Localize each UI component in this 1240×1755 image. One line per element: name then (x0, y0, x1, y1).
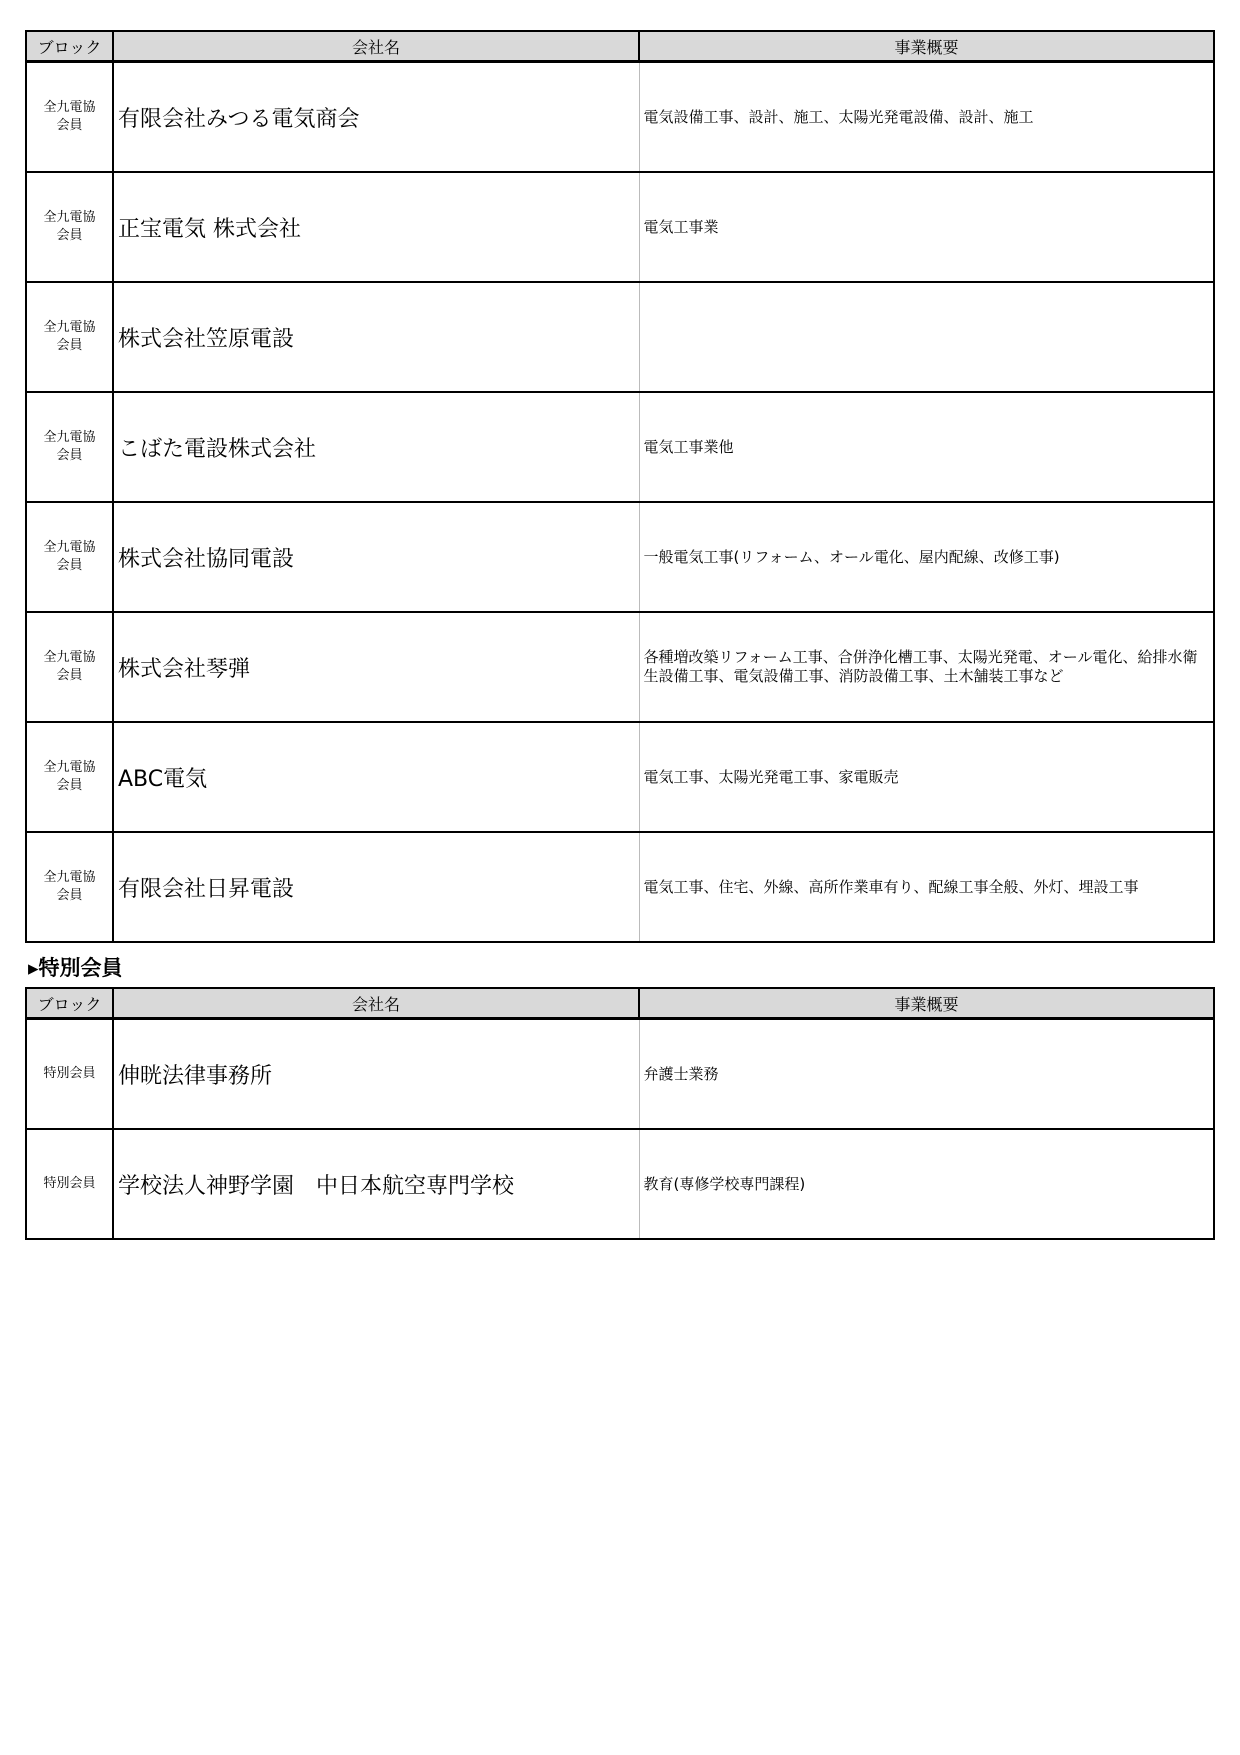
header-company: 会社名 (113, 988, 639, 1019)
company-name-cell: 学校法人神野学園 中日本航空専門学校 (113, 1129, 639, 1239)
table-row: 全九電協会員株式会社協同電設一般電気工事(リフォーム、オール電化、屋内配線、改修… (26, 502, 1214, 612)
company-name-cell: 株式会社協同電設 (113, 502, 639, 612)
table-row: 特別会員伸晄法律事務所弁護士業務 (26, 1019, 1214, 1130)
table-row: 全九電協会員正宝電気 株式会社電気工事業 (26, 172, 1214, 282)
business-summary-cell: 教育(専修学校専門課程) (639, 1129, 1214, 1239)
table-row: 全九電協会員有限会社みつる電気商会電気設備工事、設計、施工、太陽光発電設備、設計… (26, 62, 1214, 173)
block-cell: 全九電協会員 (26, 612, 113, 722)
header-business: 事業概要 (639, 31, 1214, 62)
company-name-cell: 有限会社みつる電気商会 (113, 62, 639, 173)
block-cell: 全九電協会員 (26, 282, 113, 392)
table-row: 全九電協会員ABC電気電気工事、太陽光発電工事、家電販売 (26, 722, 1214, 832)
company-name-cell: ABC電気 (113, 722, 639, 832)
table-row: 全九電協会員株式会社笠原電設 (26, 282, 1214, 392)
business-summary-cell: 一般電気工事(リフォーム、オール電化、屋内配線、改修工事) (639, 502, 1214, 612)
header-block: ブロック (26, 31, 113, 62)
company-name-cell: 株式会社琴弾 (113, 612, 639, 722)
header-row: ブロック 会社名 事業概要 (26, 988, 1214, 1019)
header-business: 事業概要 (639, 988, 1214, 1019)
block-cell: 全九電協会員 (26, 172, 113, 282)
special-members-table: ブロック 会社名 事業概要 特別会員伸晄法律事務所弁護士業務特別会員学校法人神野… (25, 987, 1215, 1240)
header-company: 会社名 (113, 31, 639, 62)
business-summary-cell: 各種増改築リフォーム工事、合併浄化槽工事、太陽光発電、オール電化、給排水衛生設備… (639, 612, 1214, 722)
block-cell: 全九電協会員 (26, 832, 113, 942)
company-name-cell: 伸晄法律事務所 (113, 1019, 639, 1130)
business-summary-cell: 弁護士業務 (639, 1019, 1214, 1130)
table-row: 全九電協会員株式会社琴弾各種増改築リフォーム工事、合併浄化槽工事、太陽光発電、オ… (26, 612, 1214, 722)
business-summary-cell (639, 282, 1214, 392)
table-row: 特別会員学校法人神野学園 中日本航空専門学校教育(専修学校専門課程) (26, 1129, 1214, 1239)
business-summary-cell: 電気工事、住宅、外線、高所作業車有り、配線工事全般、外灯、埋設工事 (639, 832, 1214, 942)
company-name-cell: 株式会社笠原電設 (113, 282, 639, 392)
block-cell: 全九電協会員 (26, 392, 113, 502)
block-cell: 全九電協会員 (26, 502, 113, 612)
block-cell: 特別会員 (26, 1019, 113, 1130)
block-cell: 特別会員 (26, 1129, 113, 1239)
business-summary-cell: 電気工事、太陽光発電工事、家電販売 (639, 722, 1214, 832)
business-summary-cell: 電気工事業他 (639, 392, 1214, 502)
table-row: 全九電協会員有限会社日昇電設電気工事、住宅、外線、高所作業車有り、配線工事全般、… (26, 832, 1214, 942)
company-name-cell: こばた電設株式会社 (113, 392, 639, 502)
table-row: 全九電協会員こばた電設株式会社電気工事業他 (26, 392, 1214, 502)
header-row: ブロック 会社名 事業概要 (26, 31, 1214, 62)
business-summary-cell: 電気工事業 (639, 172, 1214, 282)
special-members-heading: ▸特別会員 (28, 952, 123, 982)
company-name-cell: 有限会社日昇電設 (113, 832, 639, 942)
header-block: ブロック (26, 988, 113, 1019)
block-cell: 全九電協会員 (26, 722, 113, 832)
business-summary-cell: 電気設備工事、設計、施工、太陽光発電設備、設計、施工 (639, 62, 1214, 173)
company-name-cell: 正宝電気 株式会社 (113, 172, 639, 282)
block-cell: 全九電協会員 (26, 62, 113, 173)
members-table: ブロック 会社名 事業概要 全九電協会員有限会社みつる電気商会電気設備工事、設計… (25, 30, 1215, 943)
